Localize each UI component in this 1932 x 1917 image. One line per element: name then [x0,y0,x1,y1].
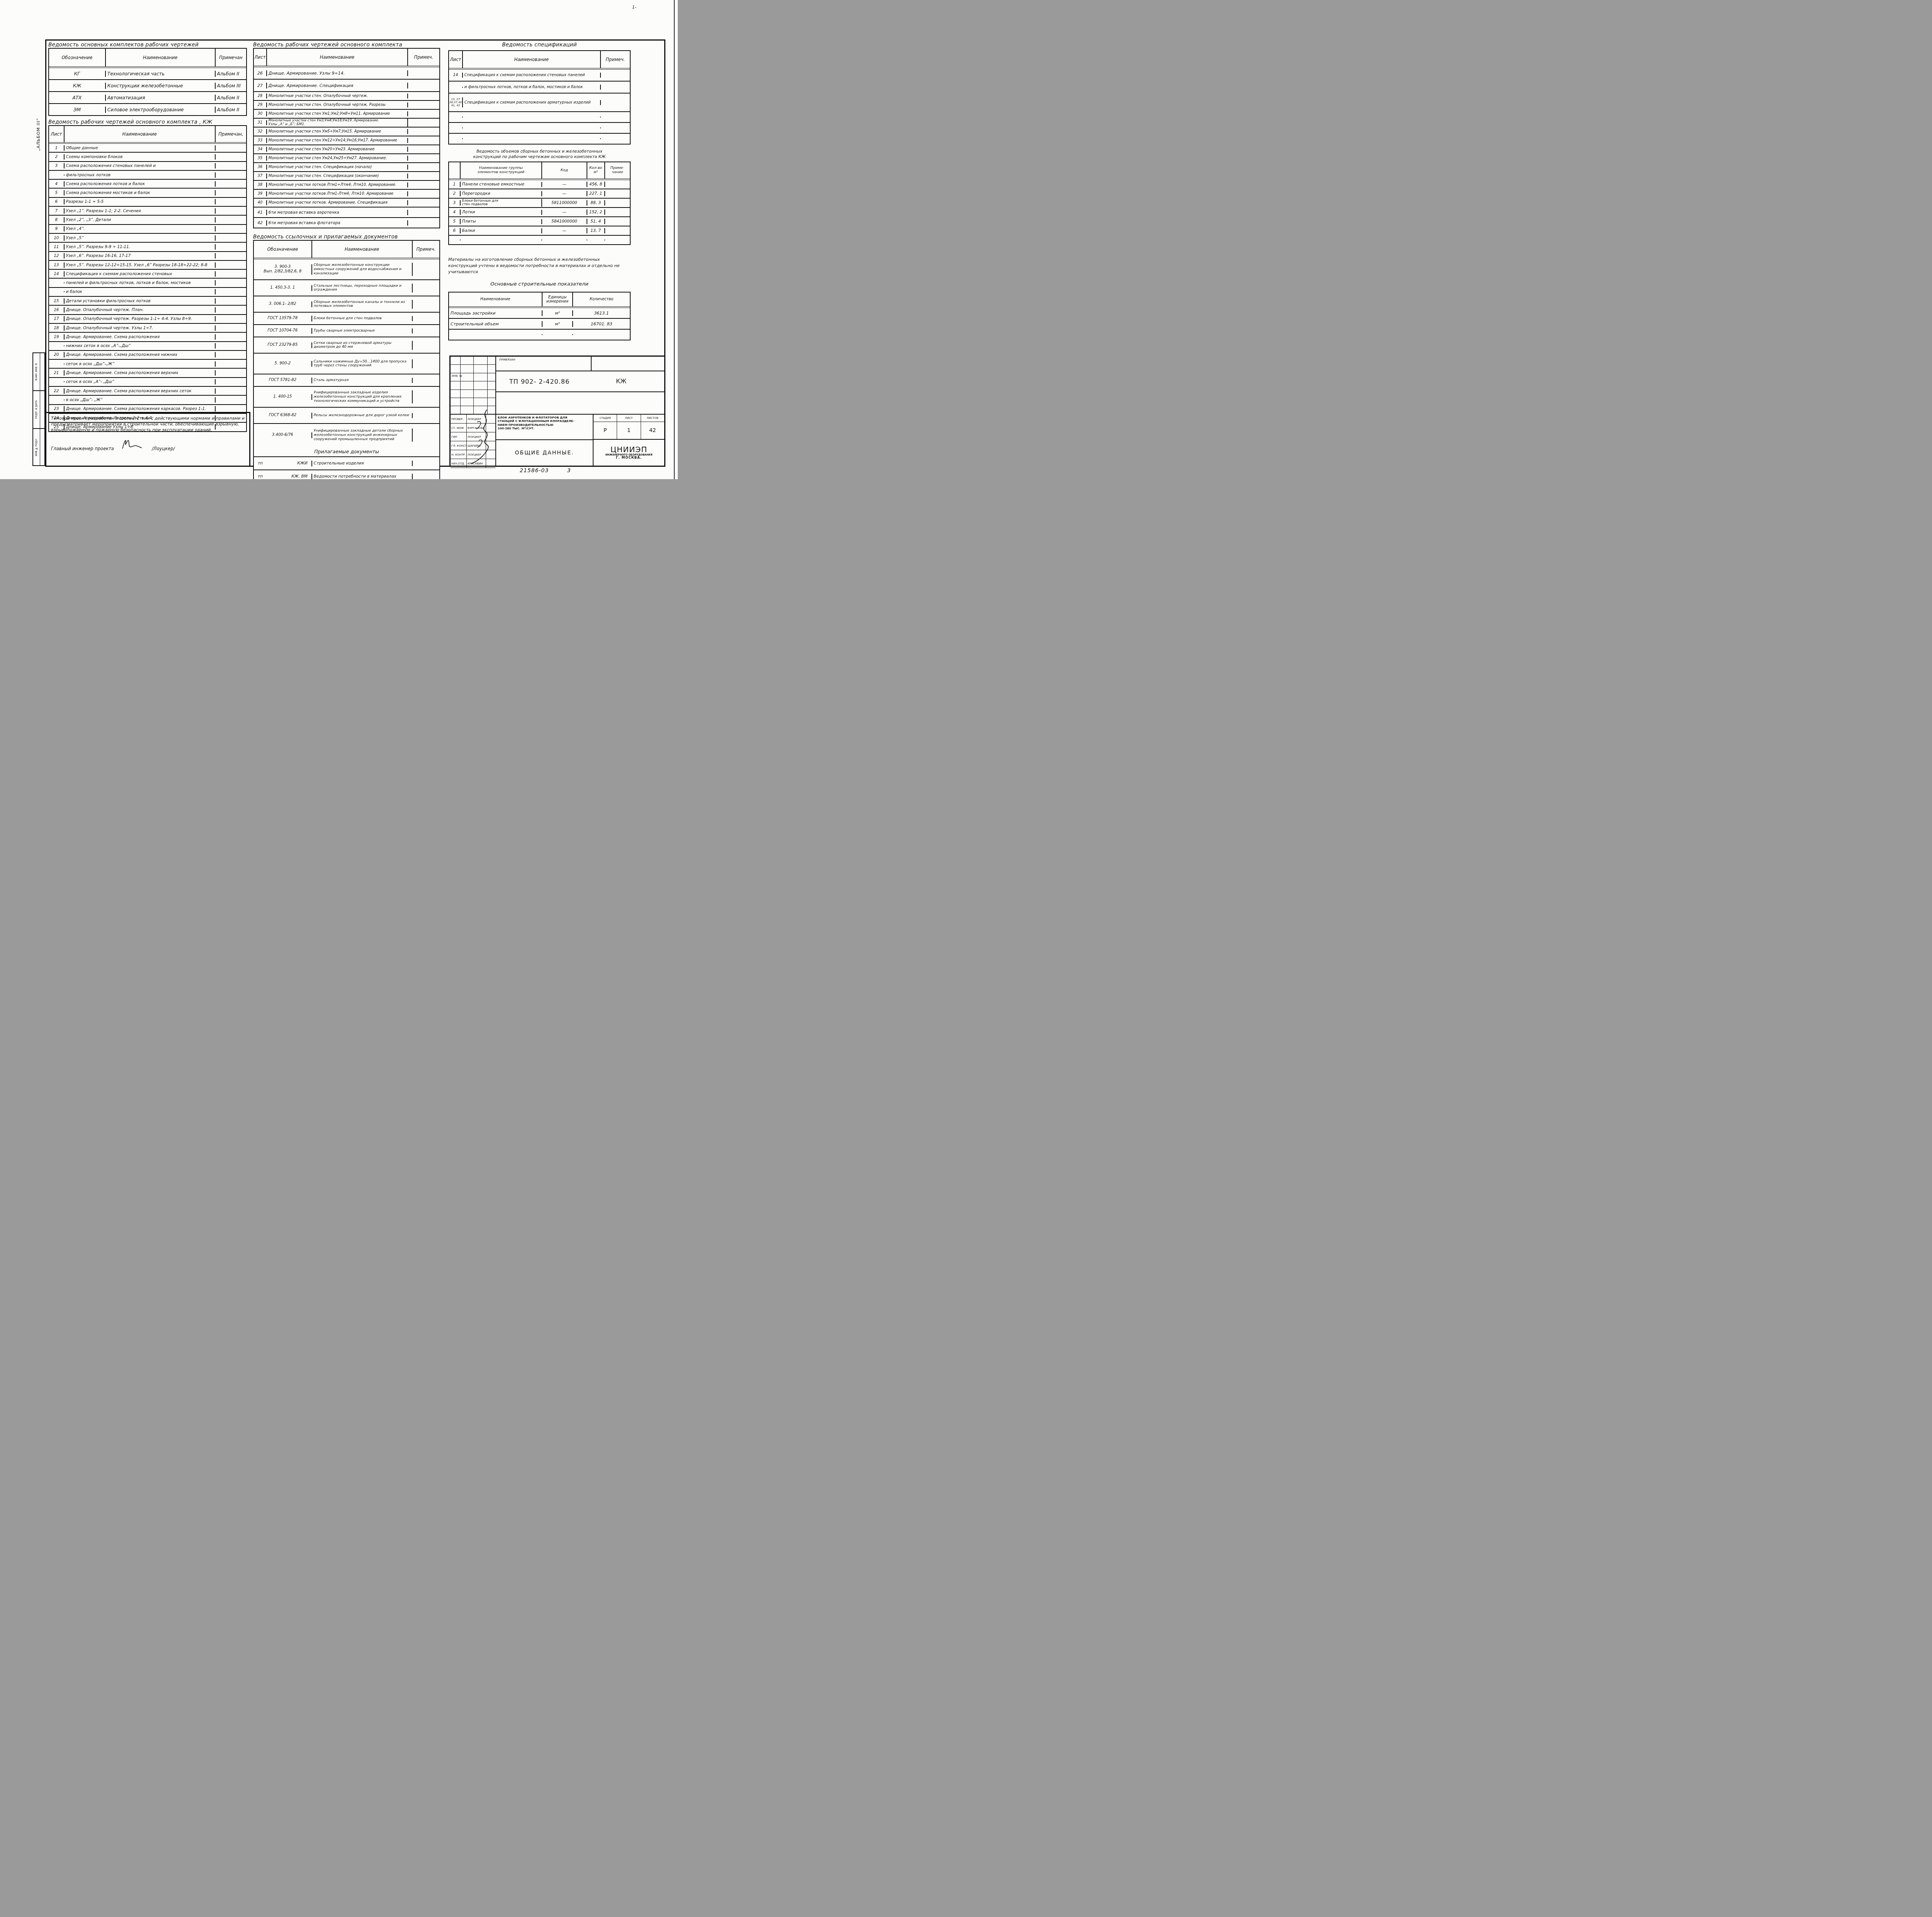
materials-note: Материалы на изготовление сборных бетонн… [448,257,628,275]
table-row: 4 Лотки — 152, 2 [449,208,630,217]
margin-stamp-label: ВЗАМ. ИНВ. N [35,363,38,381]
personnel-role: ГЛ. КОНСТ [451,441,467,450]
left-column: Ведомость основных комплектов рабочих че… [48,42,247,432]
middle-column: Ведомость рабочих чертежей основного ком… [253,42,440,479]
table-kzh-sheets-continued: Лист Наименование Примеч. 26 Днище. Арми… [253,48,440,228]
sheets-value: 42 [641,422,664,439]
table-row: 3 Схема расположения стеновых панелей и [49,162,246,171]
doc-note [413,269,439,270]
sheet-note [408,202,439,203]
table-kzh-sheets: Лист Наименование Примечан, 1 Общие данн… [48,125,247,432]
sheet-name: Монолитные участки стен. Опалубочный чер… [267,102,408,107]
table-row [449,112,630,123]
sheet-number [49,282,65,283]
sheet-note [216,156,246,157]
sheet-name: Спецификация к схемам расположения стено… [65,271,216,277]
table-row: 3.400-6/76 Унифицированные закладные дет… [254,424,439,446]
sheet-number [49,400,65,400]
organization-city: Г. МОСКВА. [616,456,642,460]
margin-stamp-blank [40,429,44,465]
sheet-number: 34 [254,147,267,152]
sheet-note [408,176,439,177]
table-row: 42 6ти метровая вставка флотатора [254,218,439,228]
indicator-name [449,334,543,335]
sheet-number: 20 [49,352,65,357]
group-name: Перегородки [461,191,542,196]
table-row: 5 Схема расположения мостиков и балок [49,189,246,197]
sheet-name: Схемы компоновки блоков [65,154,216,160]
doc-note [413,435,439,435]
volumes-title: Ведомость объемов сборных бетонных и жел… [448,149,631,160]
sheet-note [216,165,246,166]
set-code: ЭМ [49,107,106,113]
doc-type: тп [258,461,263,466]
spec-note [601,138,630,139]
sheet-number: 2 [49,154,65,160]
table-row: 36 Монолитные участки стен. Спецификация… [254,163,439,172]
spec-sheet-numbers [449,87,463,88]
sheet-note [216,291,246,292]
drawing-sheet: 1- „АЛЬБОМ III” ВЗАМ. ИНВ. N ПОДП. И ДАТ… [0,0,678,479]
table-row: 22 Днище. Армирование. Схема расположени… [49,387,246,396]
sheet-name: Монолитные участки стен. Опалубочный чер… [267,94,408,99]
col-header: Лист [254,49,267,66]
margin-stamp-label: ИНВ.№ ПОДЛ. [35,438,38,456]
sheet-name: Узел „5”. Разрезы 9-9 ÷ 11-11. [65,244,216,250]
spec-sheet-numbers [449,117,463,117]
table-row: 3 Блоки бетонные для стен подвалов 58110… [449,199,630,208]
set-note: Альбом III [216,83,246,89]
col-header: Примеч. [413,241,439,258]
set-name: Конструкции железобетонные [106,83,216,89]
group-note [605,230,630,231]
indicator-unit [543,334,573,335]
sheet-name: сеток в осях „Дш”-„Ж” [65,361,216,367]
sheet-number: 13 [49,262,65,268]
table-main-sets: Обозначение Наименование Примечан КГ Тех… [48,48,247,116]
table-row: панелей и фильтросных лотков, лотков и б… [49,279,246,287]
stage-label: СТАДИЯ [594,415,617,422]
table-row: 27 Днище. Армирование. Спецификация [254,80,439,92]
table-row: ГОСТ 6368-82 Рельсы железнодорожные для … [254,408,439,424]
spec-note [601,117,630,117]
group-name: Блоки бетонные для стен подвалов [461,199,542,207]
doc-designation: ГОСТ 6368-82 [254,413,312,418]
sheet-number: 28 [254,94,267,99]
sheet-note [216,400,246,400]
table-row: ГОСТ 10704-76 Трубы сварные электросварн… [254,325,439,337]
personnel-role: Н. КОНТР. [451,450,467,459]
sheet-name: Днище. Армирование. Схема расположения н… [65,352,216,357]
indicators-title: Основные строительные показатели [448,281,631,287]
sheet-name: Схема расположения стеновых панелей и [65,163,216,168]
table-row: 39 Монолитные участки лотков Лтм1-Лтм4; … [254,190,439,199]
set-name: Силовое электрооборудование [106,107,216,113]
group-quantity: 227, 1 [587,191,605,196]
table-row: 21 Днище. Армирование. Схема расположени… [49,369,246,378]
sheet-note [408,122,439,123]
sheet-name: Днище. Опалубочный чертеж. Разрезы 1-1÷ … [65,316,216,321]
sheet-number: 37 [254,173,267,179]
col-header: Обозначение [49,49,106,66]
table-row: 2 Перегородки — 227, 1 [449,189,630,199]
sheet-name: Общие данные [65,145,216,151]
table-row [449,134,630,144]
doc-note [413,304,439,304]
doc-name: Блоки бетонные для стен подвалов [312,316,413,321]
doc-name: Сальники нажимные Ду=50...1400 для пропу… [312,359,413,368]
sheet-note [216,265,246,265]
margin-stamp-blank [40,391,44,428]
table-row [449,330,630,340]
table-row: 5 Плиты 5841000000 51, 4 [449,217,630,226]
col-header: Лист [449,51,463,68]
col-header: Наименование [449,293,543,306]
sheet-number: 17 [49,316,65,321]
table-row: 1 Общие данные [49,144,246,153]
sheet-name: Днище. Армирование. Схема расположения в… [65,388,216,394]
group-name: Плиты [461,219,542,224]
sheet-name: Днище. Армирование. Схема расположения к… [65,406,216,412]
table-row: 1 Панели стеновые емкостные — 456, 8 [449,180,630,189]
col-header: Единицы измерения [543,293,573,306]
sheet-note [216,219,246,220]
sheet-number [49,291,65,292]
gip-name: /Лоуцкер/ [152,446,175,451]
table-row: 1. 450.3-3. 1 Стальные лестницы, переход… [254,280,439,296]
col-header: Примечан, [216,126,246,142]
sheet-number: 9 [49,226,65,231]
sheet-note [408,185,439,185]
attached-docs-header: Прилагаемые документы [254,446,439,457]
table-row: 20 Днище. Армирование. Схема расположени… [49,351,246,360]
doc-designation: 3.400-6/76 [254,432,312,438]
sheet-note [216,211,246,211]
sheet-note [216,364,246,364]
set-note: Альбом II [216,95,246,101]
table-row: фильтросных лотков [49,171,246,180]
title-block-empty-band [496,392,664,415]
col-header: Примечан [216,49,246,66]
group-note [605,221,630,222]
indicator-quantity: 3613.1 [573,310,630,316]
sheet-note [408,105,439,105]
doc-name: Ведомости потребности в материалах [312,474,413,479]
sheet-name: Монолитные участки стен Ум24,Ум25÷Ум27. … [267,156,408,161]
personnel-role: ПРОВЕР. [451,415,467,424]
spec-sheet-numbers [449,138,463,139]
table-row: и фильтросных лотков, лотков и балок, мо… [449,82,630,94]
sheet-name: фильтросных лотков [65,172,216,178]
sheet-note [216,354,246,355]
table-row: тп КЖИ Строительные изделия [254,457,439,470]
group-number: 6 [449,228,461,233]
sheet-number: 27 [254,83,267,88]
table-row: 19 Днище. Армирование. Схема расположени… [49,333,246,342]
doc-designation: 3. 900-3 Вып. 2/82,3/82,6, 8 [254,264,312,275]
col-header: Обозначение [254,241,312,258]
sheets-label: ЛИСТОВ [641,415,664,422]
strip-blank-cell [592,357,664,371]
indicator-quantity: 16701. 83 [573,321,630,327]
spec-name [463,117,601,117]
table-row: нижних сеток в осях „А”-„Дш” [49,342,246,351]
sheet-number: 41 [254,210,267,215]
margin-stamp-column: ВЗАМ. ИНВ. N ПОДП. И ДАТА ИНВ.№ ПОДЛ. [32,352,45,466]
table-row: 10 Узел „5” [49,234,246,243]
table-row: 5. 900-2 Сальники нажимные Ду=50...1400 … [254,354,439,374]
table-row: 41 6ти метровая вставка аэротенка [254,208,439,218]
table-row: 14 Спецификация к схемам расположения ст… [449,70,630,82]
table-row: 3. 900-3 Вып. 2/82,3/82,6, 8 Сборные жел… [254,259,439,280]
doc-code: КЖИ [297,461,308,466]
sheet-name: Монолитные участки стен Ум1;Ум2;Ум8÷Ум11… [267,111,408,116]
group-code: — [542,182,587,187]
doc-designation: ГОСТ 23279-85 [254,342,312,348]
group-quantity: 51, 4 [587,219,605,224]
doc-note [413,363,439,364]
table-row: ГОСТ 23279-85 Сетки сварные из стержнево… [254,337,439,354]
table-row: Строительный объем м³ 16701. 83 [449,319,630,330]
set-name: Автоматизация [106,95,216,101]
group-name [461,240,542,240]
sheet-name: Детали установки фильтросных лотков [65,298,216,304]
sheet-name: Узел „1”. Разрезы 1-1; 2-2. Сечения [65,208,216,214]
sheet-note [408,194,439,194]
doc-designation: 3. 006.1- 2/82 [254,301,312,307]
sheet-name: нижних сеток в осях „А”-„Дш” [65,343,216,349]
sheet-name: Днище. Опалубочный чертеж. План. [65,307,216,313]
group-name: Панели стеновые емкостные [461,182,542,187]
table-row: 37 Монолитные участки стен. Спецификация… [254,172,439,181]
sheet-number: 38 [254,182,267,187]
sheet-name: Днище. Опалубочный чертеж. Узлы 1÷7. [65,325,216,331]
group-note [605,240,630,240]
doc-designation: 1. 400-15 [254,394,312,400]
sheet-name: Монолитные участки стен Ум12÷Ум14;Ум16;У… [267,138,408,143]
set-code-badge: КЖ [616,378,626,385]
table-row: 14 Спецификация к схемам расположения ст… [49,270,246,279]
signature-icon [119,437,146,451]
table-row: 26 Днище. Армирование. Узлы 9÷14. [254,67,439,80]
sheet-number: 31 [254,120,267,125]
sheet-number: 26 [254,70,267,76]
spec-sheet-numbers: 14 [449,73,463,78]
spec-name [463,128,601,128]
general-note-box: Типовой проект разработан в соответствии… [45,412,250,467]
cont-title: Ведомость рабочих чертежей основного ком… [253,42,440,48]
sheet-name: Монолитные участки стен Ум5÷Ум7;Ум15. Ар… [267,129,408,134]
sheet-note [408,167,439,168]
sheet-number: 36 [254,165,267,170]
sheet-number: 14 [49,271,65,277]
album-side-label: „АЛЬБОМ III” [32,107,44,162]
sheet-name: Монолитные участки лотков Лтм1-Лтм4; Лтм… [267,191,408,196]
group-name: Лотки [461,210,542,215]
group-number: 5 [449,219,461,224]
doc-note [413,476,439,477]
sheet-number: 19 [49,334,65,340]
sheet-note [216,175,246,175]
table-row: 11 Узел „5”. Разрезы 9-9 ÷ 11-11. [49,243,246,252]
sheet-name: Узел „5” [65,235,216,241]
spec-name: Спецификация к схемам расположения армат… [463,100,601,105]
doc-designation: ГОСТ 10704-76 [254,328,312,334]
sheet-name: Монолитные участки лотков Лтм1÷Лтм4; Лтм… [267,182,408,187]
table-row: ЭМ Силовое электрооборудование Альбом II [49,104,246,115]
sheet-name: Монолитные участки стен. Спецификация (о… [267,173,408,179]
table-row: 12 Узел „6”. Разрезы 16-16, 17-17 [49,252,246,261]
doc-name: Сборные железобетонные каналы и тоннели … [312,300,413,309]
group-code: — [542,209,587,215]
margin-stamp-label: ПОДП. И ДАТА [35,400,38,418]
group-code: 5811000000 [542,200,587,206]
gip-label: Главный инженер проекта [51,446,114,451]
sheet-name: Монолитные участки стен Ум20÷Ум23. Армир… [267,147,408,152]
table-row: 17 Днище. Опалубочный чертеж. Разрезы 1-… [49,315,246,324]
personnel-role: НАЧ.ОТД [451,459,467,468]
col-header: Примеч. [601,51,630,68]
sheet-number: 33 [254,138,267,143]
table-row: 13 Узел „5”. Разрезы 12-12÷15-15. Узел „… [49,261,246,270]
col-header: Кол-во м³ [587,162,605,179]
indicator-name: Строительный объем [449,321,543,327]
sheet-number: 35 [254,156,267,161]
table-row [449,123,630,134]
sheet-number: 16 [49,307,65,313]
sheet-note [408,96,439,97]
col-header: Код [542,162,587,179]
doc-code: КЖ. ВМ [291,474,308,479]
table-row: 1. 400-15 Унифицированные закладные изде… [254,387,439,408]
sheet-name: Днище. Армирование. Спецификация [267,83,408,88]
table-row: 40 Монолитные участки лотков. Армировани… [254,199,439,208]
doc-name: Трубы сварные электросварные [312,328,413,333]
group-note [605,202,630,203]
general-note-text: Типовой проект разработан в соответствии… [51,416,245,433]
table-row: 30 Монолитные участки стен Ум1;Ум2;Ум8÷У… [254,110,439,119]
specs-title: Ведомость спецификаций [448,42,631,48]
doc-name: Унифицированные закладные изделия железо… [312,390,413,403]
table-row: 28 Монолитные участки стен. Опалубочный … [254,92,439,101]
table-row: 9 Узел „4”. [49,225,246,234]
col-header: Количество [573,293,630,306]
sheet-number: 32 [254,129,267,134]
sheet-name: Узел „2”, „3”. Детали [65,217,216,223]
sheet-number: 3 [49,163,65,168]
sheet-number: 1 [49,145,65,151]
spec-name [463,138,601,139]
table-row: 15, 27 36,37,40 41, 42 Спецификация к сх… [449,94,630,112]
stage-value: Р [594,422,617,439]
sheet-number: 8 [49,217,65,223]
col-header: Наименование [312,241,413,258]
sheet-note [408,158,439,159]
sheet-number: 22 [49,388,65,394]
table-row: 32 Монолитные участки стен Ум5÷Ум7;Ум15.… [254,128,439,136]
sheet-number: 39 [254,191,267,196]
doc-name: Сборные железобетонные конструкции емкос… [312,263,413,276]
margin-stamp-cell: ИНВ.№ ПОДЛ. [32,428,45,466]
inventory-number-label: ИНВ. № [452,374,462,378]
doc-designation: ГОСТ 13579-78 [254,316,312,321]
sheet-note [216,282,246,283]
sheet-name: сеток в осях „А”- „Дш” [65,379,216,384]
spec-name: Спецификация к схемам расположения стено… [463,73,601,78]
group-number: 1 [449,182,461,187]
spec-note [601,128,630,128]
personnel-role: СТ. ИНЖ [451,424,467,432]
group-number: 4 [449,209,461,215]
sheet-number: 10 [49,235,65,241]
table-row: КЖ Конструкции железобетонные Альбом III [49,80,246,92]
doc-name: Унифицированные закладные детали сборных… [312,429,413,442]
spec-note [601,87,630,88]
sheet-number: 23 [49,406,65,412]
group-note [605,184,630,185]
right-column: Ведомость спецификаций Лист Наименование… [448,42,631,340]
sheet-number: 6 [49,199,65,204]
sheet-number: 30 [254,111,267,116]
set-code: АТХ [49,95,106,101]
table-row: в осях „Дш”- „Ж” [49,396,246,405]
group-name: Балки [461,228,542,233]
doc-type: тп [258,474,263,479]
sheet-name: Схема расположения лотков и балок [65,181,216,187]
sheet-note [408,85,439,86]
table-reference-docs: Обозначение Наименование Примеч. 3. 900-… [253,240,440,479]
sheet-number [49,364,65,364]
sheet-note [408,212,439,213]
doc-name: Рельсы железнодорожные для дорог узкой к… [312,413,413,418]
group-code: — [542,191,587,196]
sheet-note [216,391,246,391]
doc-note [413,396,439,397]
sheet-note [216,310,246,310]
sheet-note [216,247,246,247]
sheet-number: 40 [254,200,267,205]
sheet-name: Днище. Армирование. Узлы 9÷14. [267,70,408,76]
group-code [542,240,587,240]
privyazan-label: ПРИВЯЗАН [496,357,592,371]
table-row: 16 Днище. Опалубочный чертеж. План. [49,306,246,315]
table-row: 4 Схема расположения лотков и балок [49,180,246,189]
table-row: сеток в осях „А”- „Дш” [49,378,246,387]
set-code: КГ [49,71,106,77]
sheet-name: Монолитные участки стен. Спецификация (н… [267,165,408,170]
sheet-value: 1 [617,422,641,439]
group-quantity: 88, 3 [587,200,605,206]
sheet-note [408,223,439,223]
col-header: Наименование [463,51,601,68]
doc-note [413,287,439,288]
table-row: 35 Монолитные участки стен Ум24,Ум25÷Ум2… [254,154,439,163]
group-note [605,193,630,194]
margin-stamp-cell: ПОДП. И ДАТА [32,390,45,428]
group-code: — [542,228,587,233]
table-row: сеток в осях „Дш”-„Ж” [49,360,246,369]
sheet-number: 42 [254,220,267,226]
group-quantity [587,240,605,240]
spec-name: и фильтросных лотков, лотков и балок, мо… [463,85,601,90]
refdocs-title: Ведомость ссылочных и прилагаемых докуме… [253,234,440,240]
table-row: АТХ Автоматизация Альбом II [49,92,246,104]
doc-designation: 1. 450.3-3. 1 [254,285,312,291]
col-header: Наименование [267,49,408,66]
doc-designation: ГОСТ 5781-82 [254,378,312,383]
table-row [449,236,630,244]
sheet-name: 6ти метровая вставка флотатора [267,220,408,226]
